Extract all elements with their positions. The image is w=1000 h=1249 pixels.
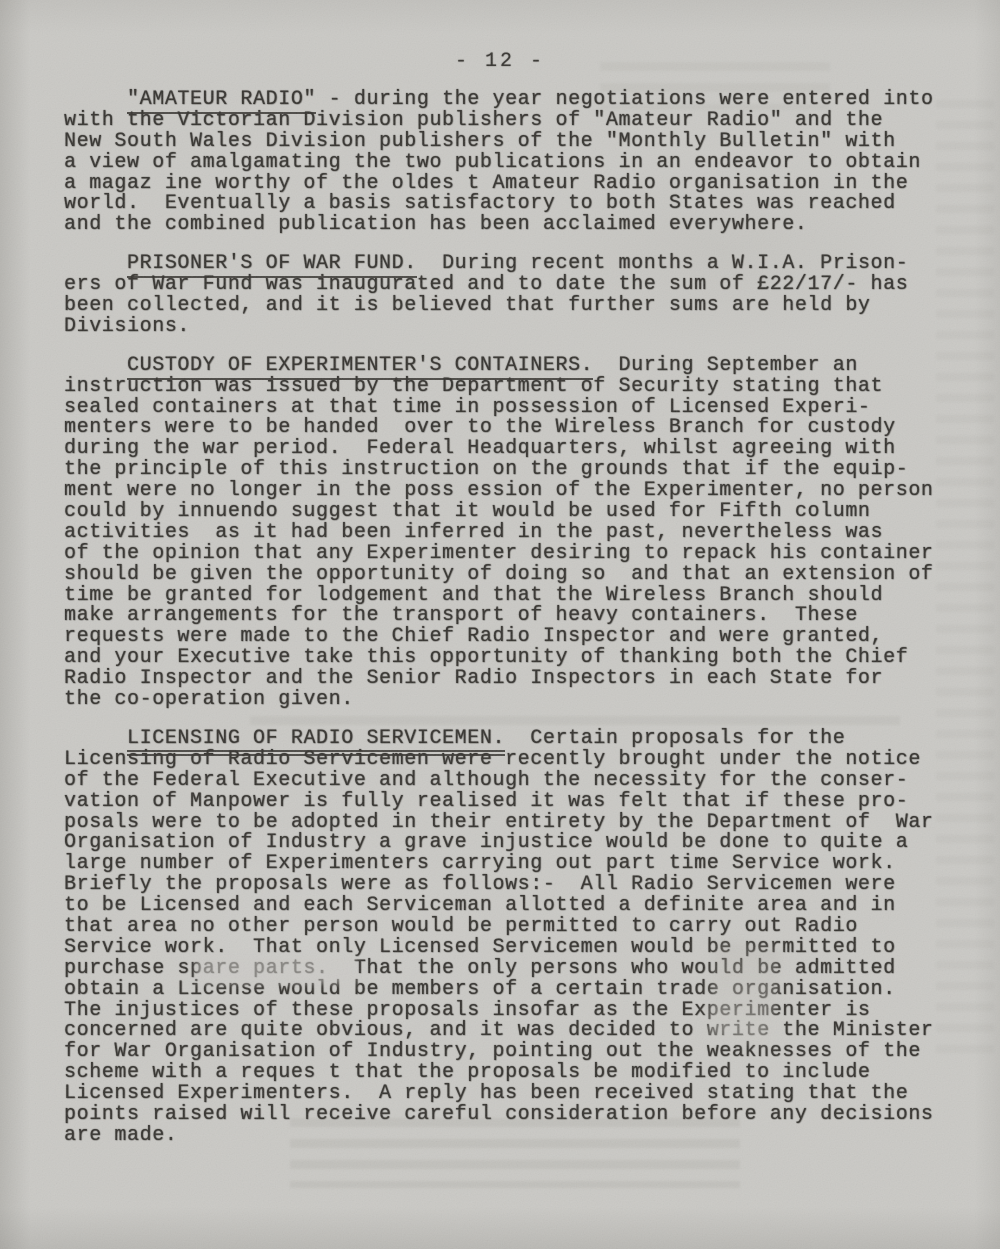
text-line: ers of War Fund was inaugurated and to d… xyxy=(64,275,960,296)
text-line: PRISONER'S OF WAR FUND. During recent mo… xyxy=(64,254,960,275)
text-line: New South Wales Division publishers of t… xyxy=(64,132,960,153)
paragraph-indent xyxy=(64,88,127,111)
text-line: of the opinion that any Experimenter des… xyxy=(64,544,960,565)
text-line: Briefly the proposals were as follows:- … xyxy=(64,875,960,896)
heading-line-text: - during the year negotiations were ente… xyxy=(316,88,934,111)
paragraph: CUSTODY OF EXPERIMENTER'S CONTAINERS. Du… xyxy=(64,356,960,711)
text-line: could by innuendo suggest that it would … xyxy=(64,502,960,523)
document-body: "AMATEUR RADIO" - during the year negoti… xyxy=(64,90,960,1147)
text-line: purchase spare parts. That the only pers… xyxy=(64,959,960,980)
text-line: that area no other person would be permi… xyxy=(64,917,960,938)
paragraph: PRISONER'S OF WAR FUND. During recent mo… xyxy=(64,254,960,338)
text-line: should be given the opportunity of doing… xyxy=(64,565,960,586)
text-line: been collected, and it is believed that … xyxy=(64,296,960,317)
text-line: the principle of this instruction on the… xyxy=(64,460,960,481)
text-line: vation of Manpower is fully realised it … xyxy=(64,792,960,813)
text-line: and the combined publication has been ac… xyxy=(64,215,960,236)
text-line: with the Victorian Division publishers o… xyxy=(64,111,960,132)
text-line: Service work. That only Licensed Service… xyxy=(64,938,960,959)
text-line: Licensed Experimenters. A reply has been… xyxy=(64,1084,960,1105)
text-line: scheme with a reques t that the proposal… xyxy=(64,1063,960,1084)
text-line: Radio Inspector and the Senior Radio Ins… xyxy=(64,669,960,690)
text-line: obtain a License would be members of a c… xyxy=(64,980,960,1001)
text-line: are made. xyxy=(64,1126,960,1147)
paragraph-indent xyxy=(64,727,127,750)
text-line: the co-operation given. xyxy=(64,690,960,711)
text-line: "AMATEUR RADIO" - during the year negoti… xyxy=(64,90,960,111)
heading-line-text: Certain proposals for the xyxy=(505,727,845,750)
page-number: - 12 - xyxy=(0,50,1000,73)
text-line: points raised will receive careful consi… xyxy=(64,1105,960,1126)
heading-line-text: During recent months a W.I.A. Prison- xyxy=(417,252,908,275)
text-line: instruction was issued by the Department… xyxy=(64,377,960,398)
text-line: Divisions. xyxy=(64,317,960,338)
text-line: Licensing of Radio Servicemen were recen… xyxy=(64,750,960,771)
paragraph: "AMATEUR RADIO" - during the year negoti… xyxy=(64,90,960,236)
text-line: to be Licensed and each Serviceman allot… xyxy=(64,896,960,917)
paragraph-indent xyxy=(64,354,127,377)
text-line: of the Federal Executive and although th… xyxy=(64,771,960,792)
scanned-document-page: - 12 - "AMATEUR RADIO" - during the year… xyxy=(0,0,1000,1249)
text-line: ment were no longer in the poss ession o… xyxy=(64,481,960,502)
text-line: CUSTODY OF EXPERIMENTER'S CONTAINERS. Du… xyxy=(64,356,960,377)
text-line: a view of amalgamating the two publicati… xyxy=(64,153,960,174)
paragraph: LICENSING OF RADIO SERVICEMEN. Certain p… xyxy=(64,729,960,1147)
heading-line-text: During September an xyxy=(593,354,858,377)
text-line: activities as it had been inferred in th… xyxy=(64,523,960,544)
text-line: LICENSING OF RADIO SERVICEMEN. Certain p… xyxy=(64,729,960,750)
paragraph-indent xyxy=(64,252,127,275)
